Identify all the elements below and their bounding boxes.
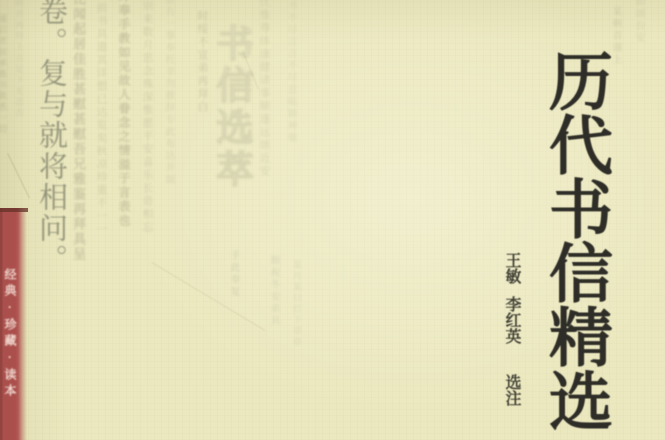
book-cover: 谨启者前承惠书敬悉一切顿首再拜上言足下无恙否比闻起居佳胜甚慰甚慰吾兄雅鉴再拜具呈… (0, 0, 665, 440)
watermark-text-column: 比闻起居佳胜甚慰甚慰吾兄雅鉴再拜具呈 (72, 0, 85, 262)
watermark-text-column: 伏惟尊体康健诸事顺遂远颂近安 (258, 0, 269, 178)
watermark-text-column: 兹有一事奉托幸勿推辞专此布达并颂 (163, 0, 173, 186)
watermark-text-column: 谨启者前承惠书敬悉一切 (0, 14, 6, 135)
author-name-2: 李红英 (503, 296, 519, 344)
spine-stripe: 经典·珍藏·读本 (0, 208, 28, 440)
editor-credit-label: 选注 (503, 374, 519, 406)
spine-series-label: 经典·珍藏·读本 (4, 268, 16, 400)
watermark-text-column: 某月某日灯下草草 (292, 260, 301, 348)
watermark-text-column: 即颂台安 (633, 0, 643, 44)
watermark-text-column: 顺祝冬安弟具 (268, 255, 278, 327)
author-name-1: 王敏 (503, 252, 519, 284)
watermark-text-column: 手此奉复 (228, 250, 238, 298)
watermark-text-column: 时绥不宣弟再拜白 (196, 10, 207, 114)
watermark-text-column: 前书具道其详想已达览矣秋凉珍重不一一 (95, 2, 106, 236)
watermark-text-column: 昨奉手教如见故人眷念之情溢于言表也 (118, 0, 130, 228)
book-title: 历代书信精选 (544, 48, 608, 432)
gray-letter-calligraphy-column: 卷。复与就将相问。 (36, 0, 65, 275)
hollow-engraved-text-column: 书信选萃 (213, 24, 250, 192)
watermark-text-column: 书不尽言言不尽意临颖神驰 (285, 0, 295, 144)
watermark-text-column: 别来数月思念殊深惟愿平安喜乐长毋相忘 (141, 0, 152, 234)
watermark-text-column: 顿首再拜上言足下无恙否 (14, 0, 23, 119)
